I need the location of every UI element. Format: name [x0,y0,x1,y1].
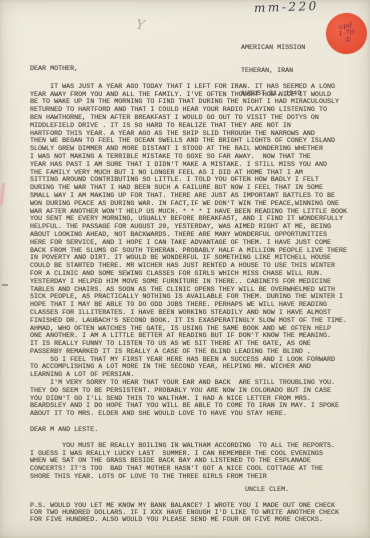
margin-dash-mark [2,284,8,286]
handwritten-check-mark: Y [135,17,146,33]
letterhead-organization: AMERICAN MISSION [241,45,305,53]
paragraph-waltham-summer: YOU MUST BE REALLY BOILING IN WALTHAM AC… [30,443,366,482]
paragraph-year-review: IT WAS JUST A YEAR AGO TODAY THAT I LEFT… [30,84,366,357]
signature-uncle-clem: UNCLE CLEM. [30,487,366,495]
salutation-m-and-leste: DEAR M AND LESTE. [30,427,366,435]
postscript: P.S. WOULD YOU LET ME KNOW MY BANK BALAN… [30,503,366,524]
salutation-mother: DEAR MOTHER, [30,66,366,74]
archive-sticker: upd 1-70 ① [323,10,369,56]
sticker-text-line3: ① [344,37,351,45]
handwritten-archive-code: mm-220 [254,0,319,15]
letter-page: mm-220 Y upd 1-70 ① AMERICAN MISSION TEH… [0,0,370,538]
paragraph-health-travel: I'M VERY SORRY TO HEAR THAT YOUR EAR AND… [30,380,366,419]
paragraph-first-year-success: SO I FEEL THAT MY FIRST YEAR HERE HAS BE… [30,357,366,380]
letter-body: DEAR MOTHER, IT WAS JUST A YEAR AGO TODA… [30,66,366,524]
pink-pen-mark [0,183,5,205]
